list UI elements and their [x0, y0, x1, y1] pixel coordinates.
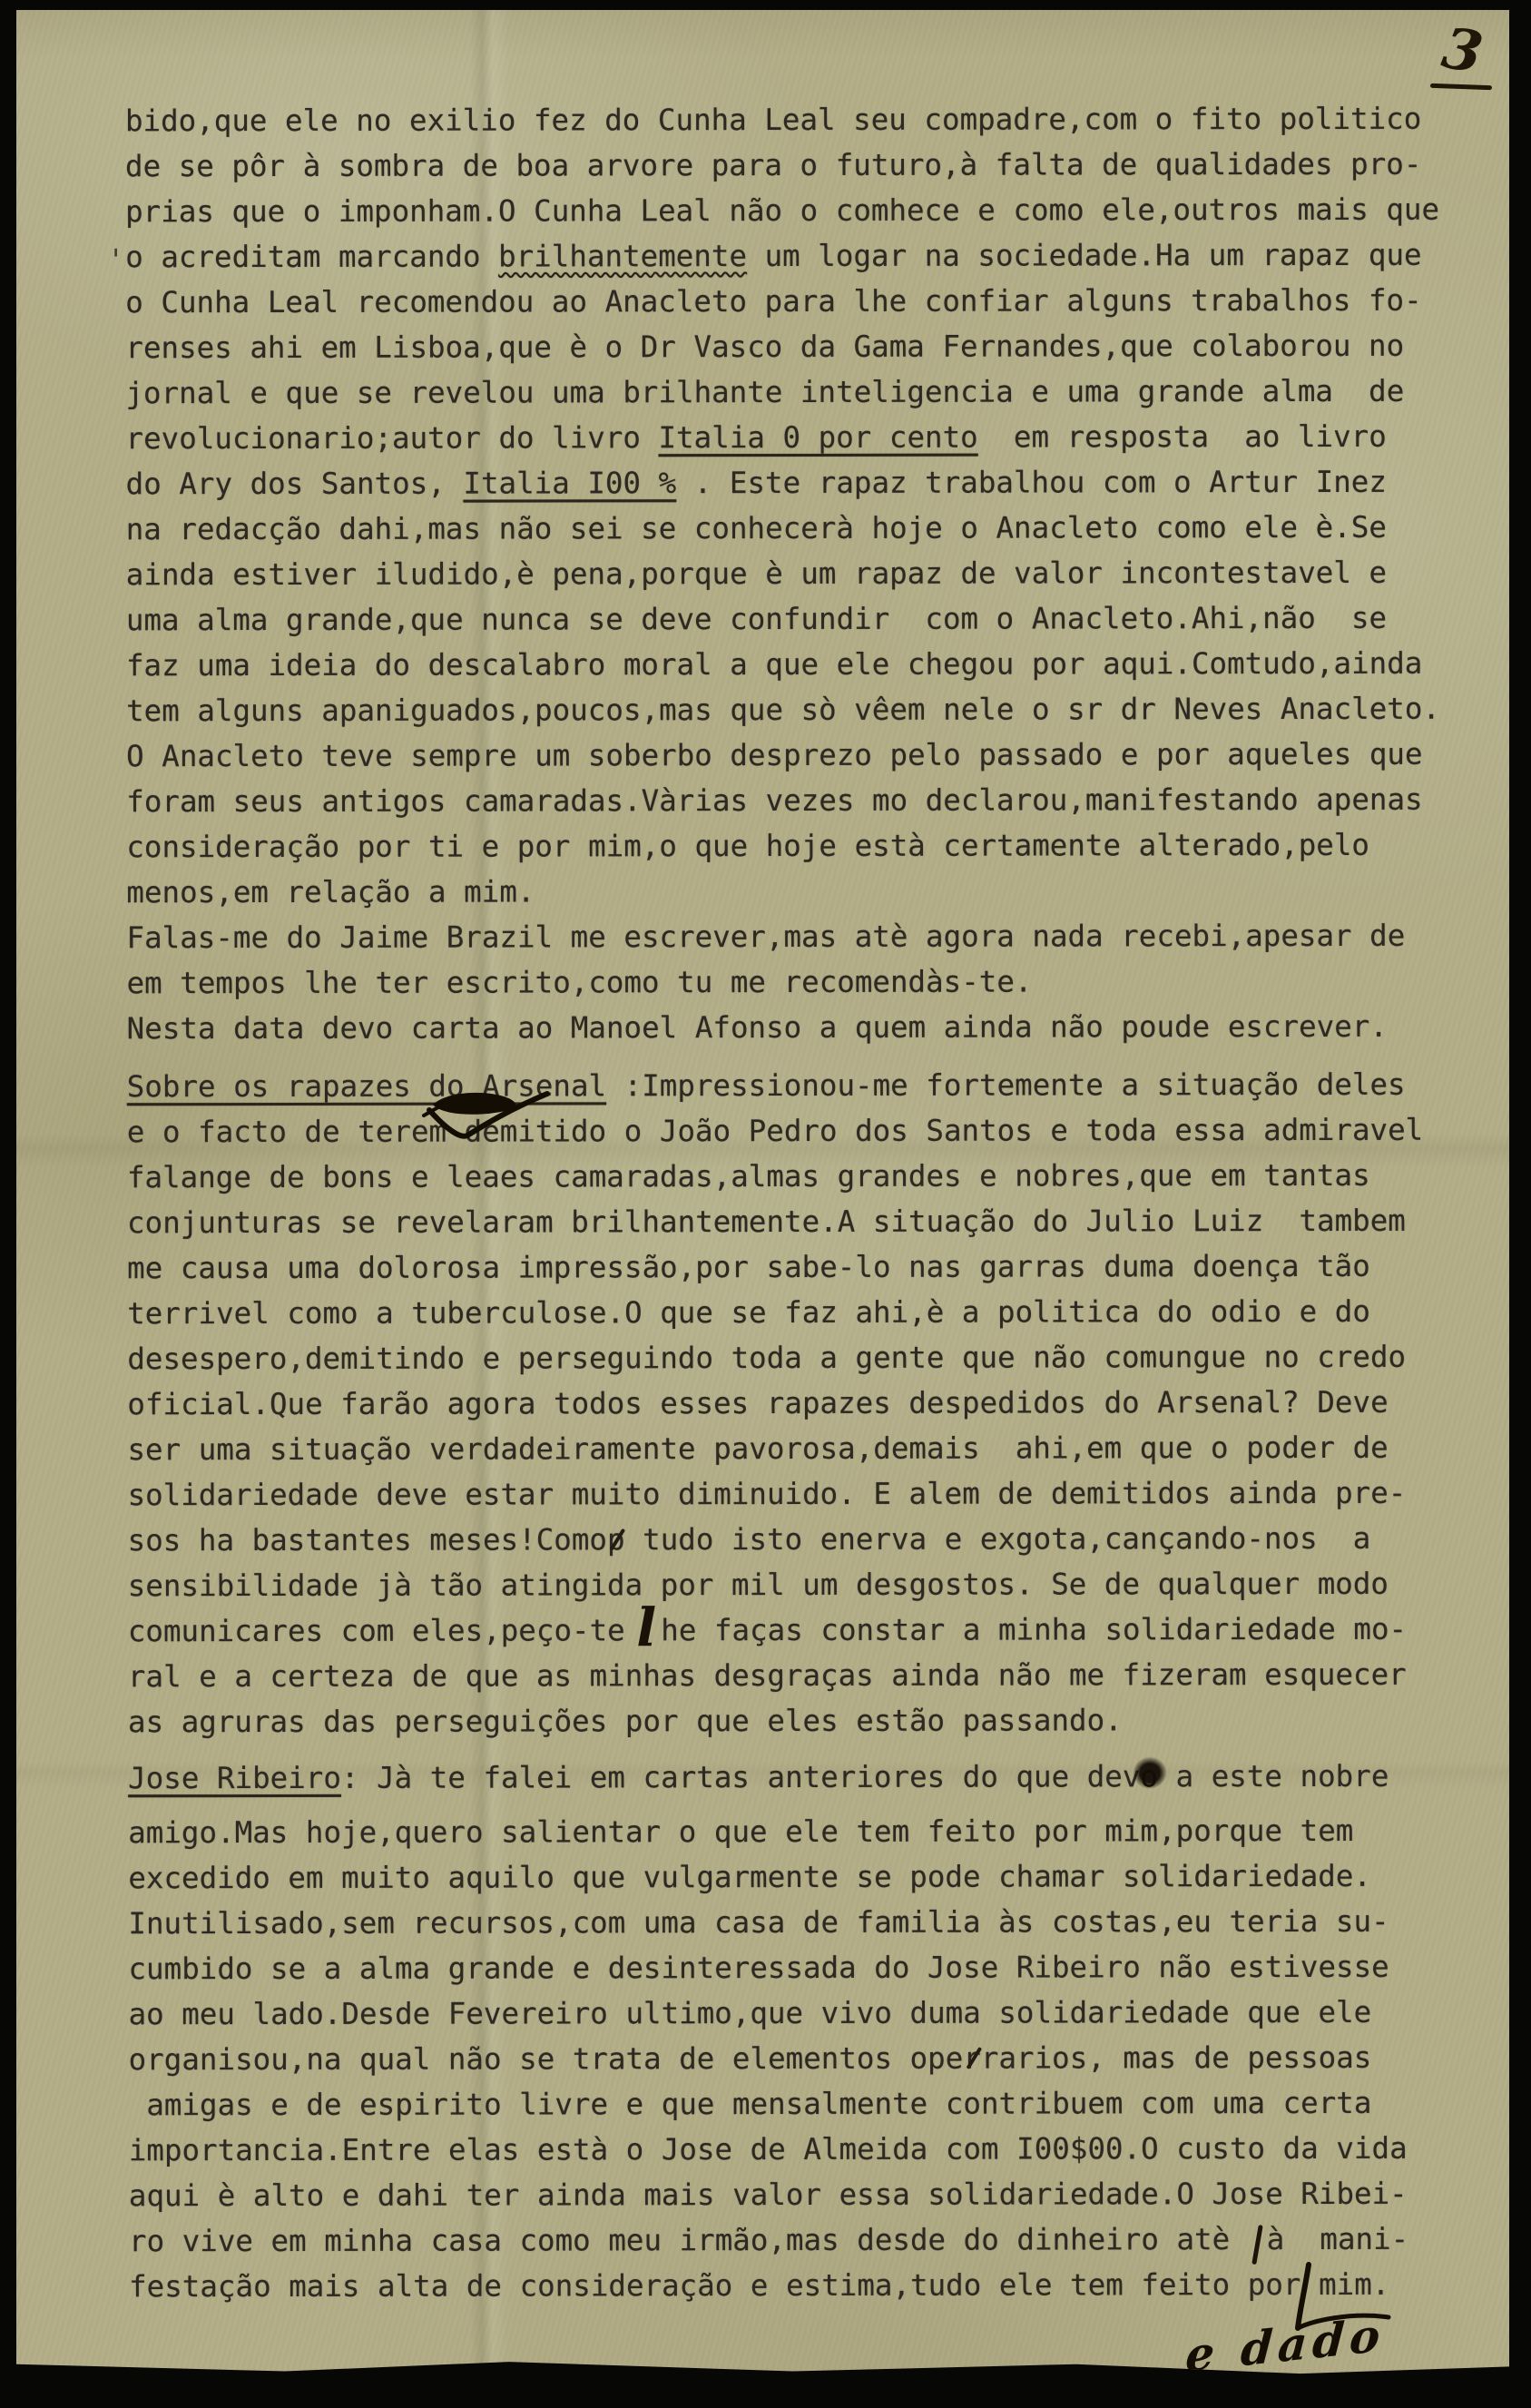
- text-line: consideração por ti e por mim,o que hoje…: [126, 822, 1440, 870]
- text-segment: : Jà te falei em cartas anteriores do qu…: [341, 1759, 1141, 1795]
- text-segment: consideração por ti e por mim,o que hoje…: [126, 828, 1369, 864]
- text-segment: e o facto de terem demitido o João Pedro…: [127, 1113, 1423, 1149]
- text-segment: sos ha bastantes meses!Como: [128, 1522, 607, 1558]
- text-segment: em resposta ao livro: [978, 419, 1387, 455]
- text-line: festação mais alta de consideração e est…: [129, 2262, 1443, 2310]
- text-line: oficial.Que farão agora todos esses rapa…: [127, 1380, 1441, 1428]
- typewritten-text: bido,que ele no exilio fez do Cunha Leal…: [125, 96, 1443, 2310]
- text-segment: O Anacleto teve sempre um soberbo despre…: [126, 737, 1422, 773]
- text-line: do Ary dos Santos, Italia I00 % . Este r…: [126, 459, 1440, 507]
- text-segment: do Ary dos Santos,: [126, 467, 464, 502]
- text-line: excedido em muito aquilo que vulgarmente…: [128, 1853, 1442, 1902]
- text-segment: ainda estiver iludido,è pena,porque è um…: [126, 555, 1387, 592]
- text-segment: a este nobre: [1158, 1759, 1389, 1794]
- text-segment: terrivel como a tuberculose.O que se faz…: [127, 1294, 1370, 1331]
- text-line: prias que o imponham.O Cunha Leal não o …: [125, 187, 1439, 235]
- text-segment: as agruras das perseguições por que eles…: [128, 1703, 1123, 1739]
- text-segment: comunicares com eles,peço-te: [128, 1613, 643, 1648]
- page-number: 3: [1438, 20, 1487, 83]
- stray-mark: ': [107, 242, 124, 277]
- text-line: em tempos lhe ter escrito,como tu me rec…: [127, 958, 1441, 1007]
- text-segment: Inutilisado,sem recursos,com uma casa de…: [128, 1904, 1389, 1941]
- text-segment: rarios, mas de pessoas: [981, 2040, 1372, 2076]
- text-segment: festação mais alta de consideração e est…: [129, 2267, 1389, 2304]
- text-segment: conjunturas se revelaram brilhantemente.…: [127, 1204, 1406, 1240]
- text-line: Inutilisado,sem recursos,com uma casa de…: [128, 1899, 1442, 1947]
- pen-stroke-mark: [1251, 2225, 1262, 2265]
- text-segment: sensibilidade jà tão atingida por mil um…: [128, 1567, 1389, 1603]
- scan-background: { "page": { "paper_color": "#b2ad87", "i…: [0, 0, 1531, 2408]
- text-line: O Anacleto teve sempre um soberbo despre…: [126, 732, 1440, 780]
- text-segment: à mani-: [1267, 2222, 1409, 2256]
- text-line: cumbido se a alma grande e desinteressad…: [128, 1944, 1442, 1992]
- text-segment: ro vive em minha casa como meu irmão,mas…: [129, 2222, 1248, 2258]
- text-segment: faz uma ideia do descalabro moral a que …: [126, 646, 1422, 683]
- text-segment: tudo isto enerva e exgota,cançando-nos a: [625, 1521, 1371, 1557]
- text-segment: Jose Ribeiro: [128, 1761, 341, 1795]
- text-segment: ao meu lado.Desde Fevereiro ultimo,que v…: [129, 1995, 1372, 2031]
- text-line: ainda estiver iludido,è pena,porque è um…: [126, 550, 1440, 598]
- text-line: renses ahi em Lisboa,que è o Dr Vasco da…: [125, 323, 1439, 371]
- text-segment: amigo.Mas hoje,quero salientar o que ele…: [128, 1813, 1353, 1850]
- text-segment: jornal e que se revelou uma brilhante in…: [125, 374, 1404, 410]
- text-line: menos,em relação a mim.: [126, 868, 1440, 916]
- text-line: ao meu lado.Desde Fevereiro ultimo,que v…: [129, 1990, 1443, 2038]
- text-segment: na redacção dahi,mas não sei se conhecer…: [126, 510, 1387, 546]
- text-line: e o facto de terem demitido o João Pedro…: [127, 1107, 1441, 1155]
- text-segment: o Cunha Leal recomendou ao Anacleto para…: [125, 283, 1421, 319]
- text-line: o Cunha Leal recomendou ao Anacleto para…: [125, 278, 1439, 326]
- ink-blot-check-icon: [413, 1083, 576, 1154]
- text-segment: r: [963, 2041, 981, 2076]
- text-segment: em tempos lhe ter escrito,como tu me rec…: [127, 965, 1033, 1001]
- text-segment: Italia 0 por cento: [658, 420, 977, 456]
- text-line: falange de bons e leaes camaradas,almas …: [127, 1153, 1441, 1201]
- text-line: Falas-me do Jaime Brazil me escrever,mas…: [126, 913, 1440, 961]
- text-line: revolucionario;autor do livro Italia 0 p…: [125, 414, 1439, 462]
- text-segment: solidariedade deve estar muito diminuido…: [128, 1476, 1407, 1512]
- text-line: terrivel como a tuberculose.O que se faz…: [127, 1289, 1441, 1337]
- text-segment: p: [607, 1522, 625, 1557]
- text-line: ro vive em minha casa como meu irmão,mas…: [129, 2216, 1443, 2265]
- handwritten-note: e dado: [1184, 2312, 1387, 2379]
- text-line: Sobre os rapazes do Arsenal :Impressiono…: [127, 1062, 1441, 1110]
- text-segment: Falas-me do Jaime Brazil me escrever,mas…: [126, 919, 1405, 955]
- text-line: amigo.Mas hoje,quero salientar o que ele…: [128, 1808, 1442, 1856]
- document-page: 3 ' bido,que ele no exilio fez do Cunha …: [16, 10, 1509, 2381]
- text-line: solidariedade deve estar muito diminuido…: [128, 1470, 1442, 1519]
- text-segment: foram seus antigos camaradas.Vàrias veze…: [126, 782, 1422, 819]
- text-segment: desespero,demitindo e perseguindo toda a…: [127, 1340, 1406, 1376]
- text-line: jornal e que se revelou uma brilhante in…: [125, 369, 1439, 417]
- text-segment: me causa uma dolorosa impressão,por sabe…: [127, 1249, 1370, 1285]
- text-line: tem alguns apaniguados,poucos,mas que sò…: [126, 686, 1440, 734]
- text-line: sos ha bastantes meses!Comop tudo isto e…: [128, 1516, 1442, 1564]
- text-segment: o acreditam marcando: [125, 240, 498, 275]
- text-segment: amigas e de espirito livre e que mensalm…: [129, 2086, 1372, 2122]
- text-line: as agruras das perseguições por que eles…: [128, 1697, 1442, 1745]
- text-segment: renses ahi em Lisboa,que è o Dr Vasco da…: [125, 329, 1404, 365]
- text-line: desespero,demitindo e perseguindo toda a…: [127, 1334, 1441, 1382]
- text-line: me causa uma dolorosa impressão,por sabe…: [127, 1243, 1441, 1292]
- text-line: sensibilidade jà tão atingida por mil um…: [128, 1561, 1442, 1609]
- text-segment: falange de bons e leaes camaradas,almas …: [127, 1158, 1370, 1194]
- text-segment: excedido em muito aquilo que vulgarmente…: [128, 1859, 1371, 1895]
- text-line: o acreditam marcando brilhantemente um l…: [125, 232, 1439, 280]
- text-line: bido,que ele no exilio fez do Cunha Leal…: [125, 96, 1439, 144]
- text-line: na redacção dahi,mas não sei se conhecer…: [126, 505, 1440, 553]
- text-segment: revolucionario;autor do livro: [125, 420, 658, 456]
- text-line: Nesta data devo carta ao Manoel Afonso a…: [127, 1004, 1441, 1052]
- text-segment: importancia.Entre elas està o Jose de Al…: [129, 2131, 1408, 2167]
- text-segment: ser uma situação verdadeiramente pavoros…: [127, 1430, 1388, 1467]
- text-line: foram seus antigos camaradas.Vàrias veze…: [126, 777, 1440, 825]
- text-line: Jose Ribeiro: Jà te falei em cartas ante…: [128, 1754, 1442, 1802]
- text-segment: de se pôr à sombra de boa arvore para o …: [125, 147, 1421, 183]
- text-segment: Nesta data devo carta ao Manoel Afonso a…: [127, 1009, 1388, 1046]
- text-segment: he faças constar a minha solidariedade m…: [661, 1612, 1407, 1647]
- page-number-underline: [1430, 84, 1492, 90]
- text-line: uma alma grande,que nunca se deve confun…: [126, 595, 1440, 644]
- text-line: de se pôr à sombra de boa arvore para o …: [125, 142, 1439, 190]
- text-segment: oficial.Que farão agora todos esses rapa…: [127, 1385, 1388, 1421]
- text-line: faz uma ideia do descalabro moral a que …: [126, 641, 1440, 689]
- text-segment: aqui è alto e dahi ter ainda mais valor …: [129, 2177, 1408, 2213]
- text-line: ser uma situação verdadeiramente pavoros…: [127, 1425, 1441, 1473]
- text-line: aqui è alto e dahi ter ainda mais valor …: [129, 2171, 1443, 2219]
- text-segment: bido,que ele no exilio fez do Cunha Leal…: [125, 102, 1421, 138]
- text-segment: uma alma grande,que nunca se deve confun…: [126, 601, 1387, 637]
- text-line: conjunturas se revelaram brilhantemente.…: [127, 1198, 1441, 1246]
- text-line: ral e a certeza de que as minhas desgraç…: [128, 1652, 1442, 1700]
- text-line: amigas e de espirito livre e que mensalm…: [129, 2080, 1443, 2128]
- text-segment: prias que o imponham.O Cunha Leal não o …: [125, 192, 1439, 230]
- text-segment: ral e a certeza de que as minhas desgraç…: [128, 1657, 1407, 1694]
- text-segment: . Este rapaz trabalhou com o Artur Inez: [676, 465, 1387, 500]
- text-segment: Italia I00 %: [463, 466, 676, 500]
- text-segment: um logar na sociedade.Ha um rapaz que: [747, 238, 1422, 273]
- text-segment: menos,em relação a mim.: [126, 874, 535, 909]
- text-segment: tem alguns apaniguados,poucos,mas que sò…: [126, 692, 1440, 729]
- ink-smudge: o: [1140, 1759, 1158, 1794]
- text-line: comunicares com eles,peço-te lhe faças c…: [128, 1607, 1442, 1655]
- text-line: organisou,na qual não se trata de elemen…: [129, 2035, 1443, 2083]
- text-segment: brilhantemente: [498, 239, 747, 273]
- text-segment: cumbido se a alma grande e desinteressad…: [128, 1950, 1389, 1986]
- text-segment: :Impressionou-me fortemente a situação d…: [606, 1067, 1406, 1104]
- text-segment: organisou,na qual não se trata de elemen…: [129, 2041, 964, 2078]
- text-line: importancia.Entre elas està o Jose de Al…: [129, 2126, 1443, 2174]
